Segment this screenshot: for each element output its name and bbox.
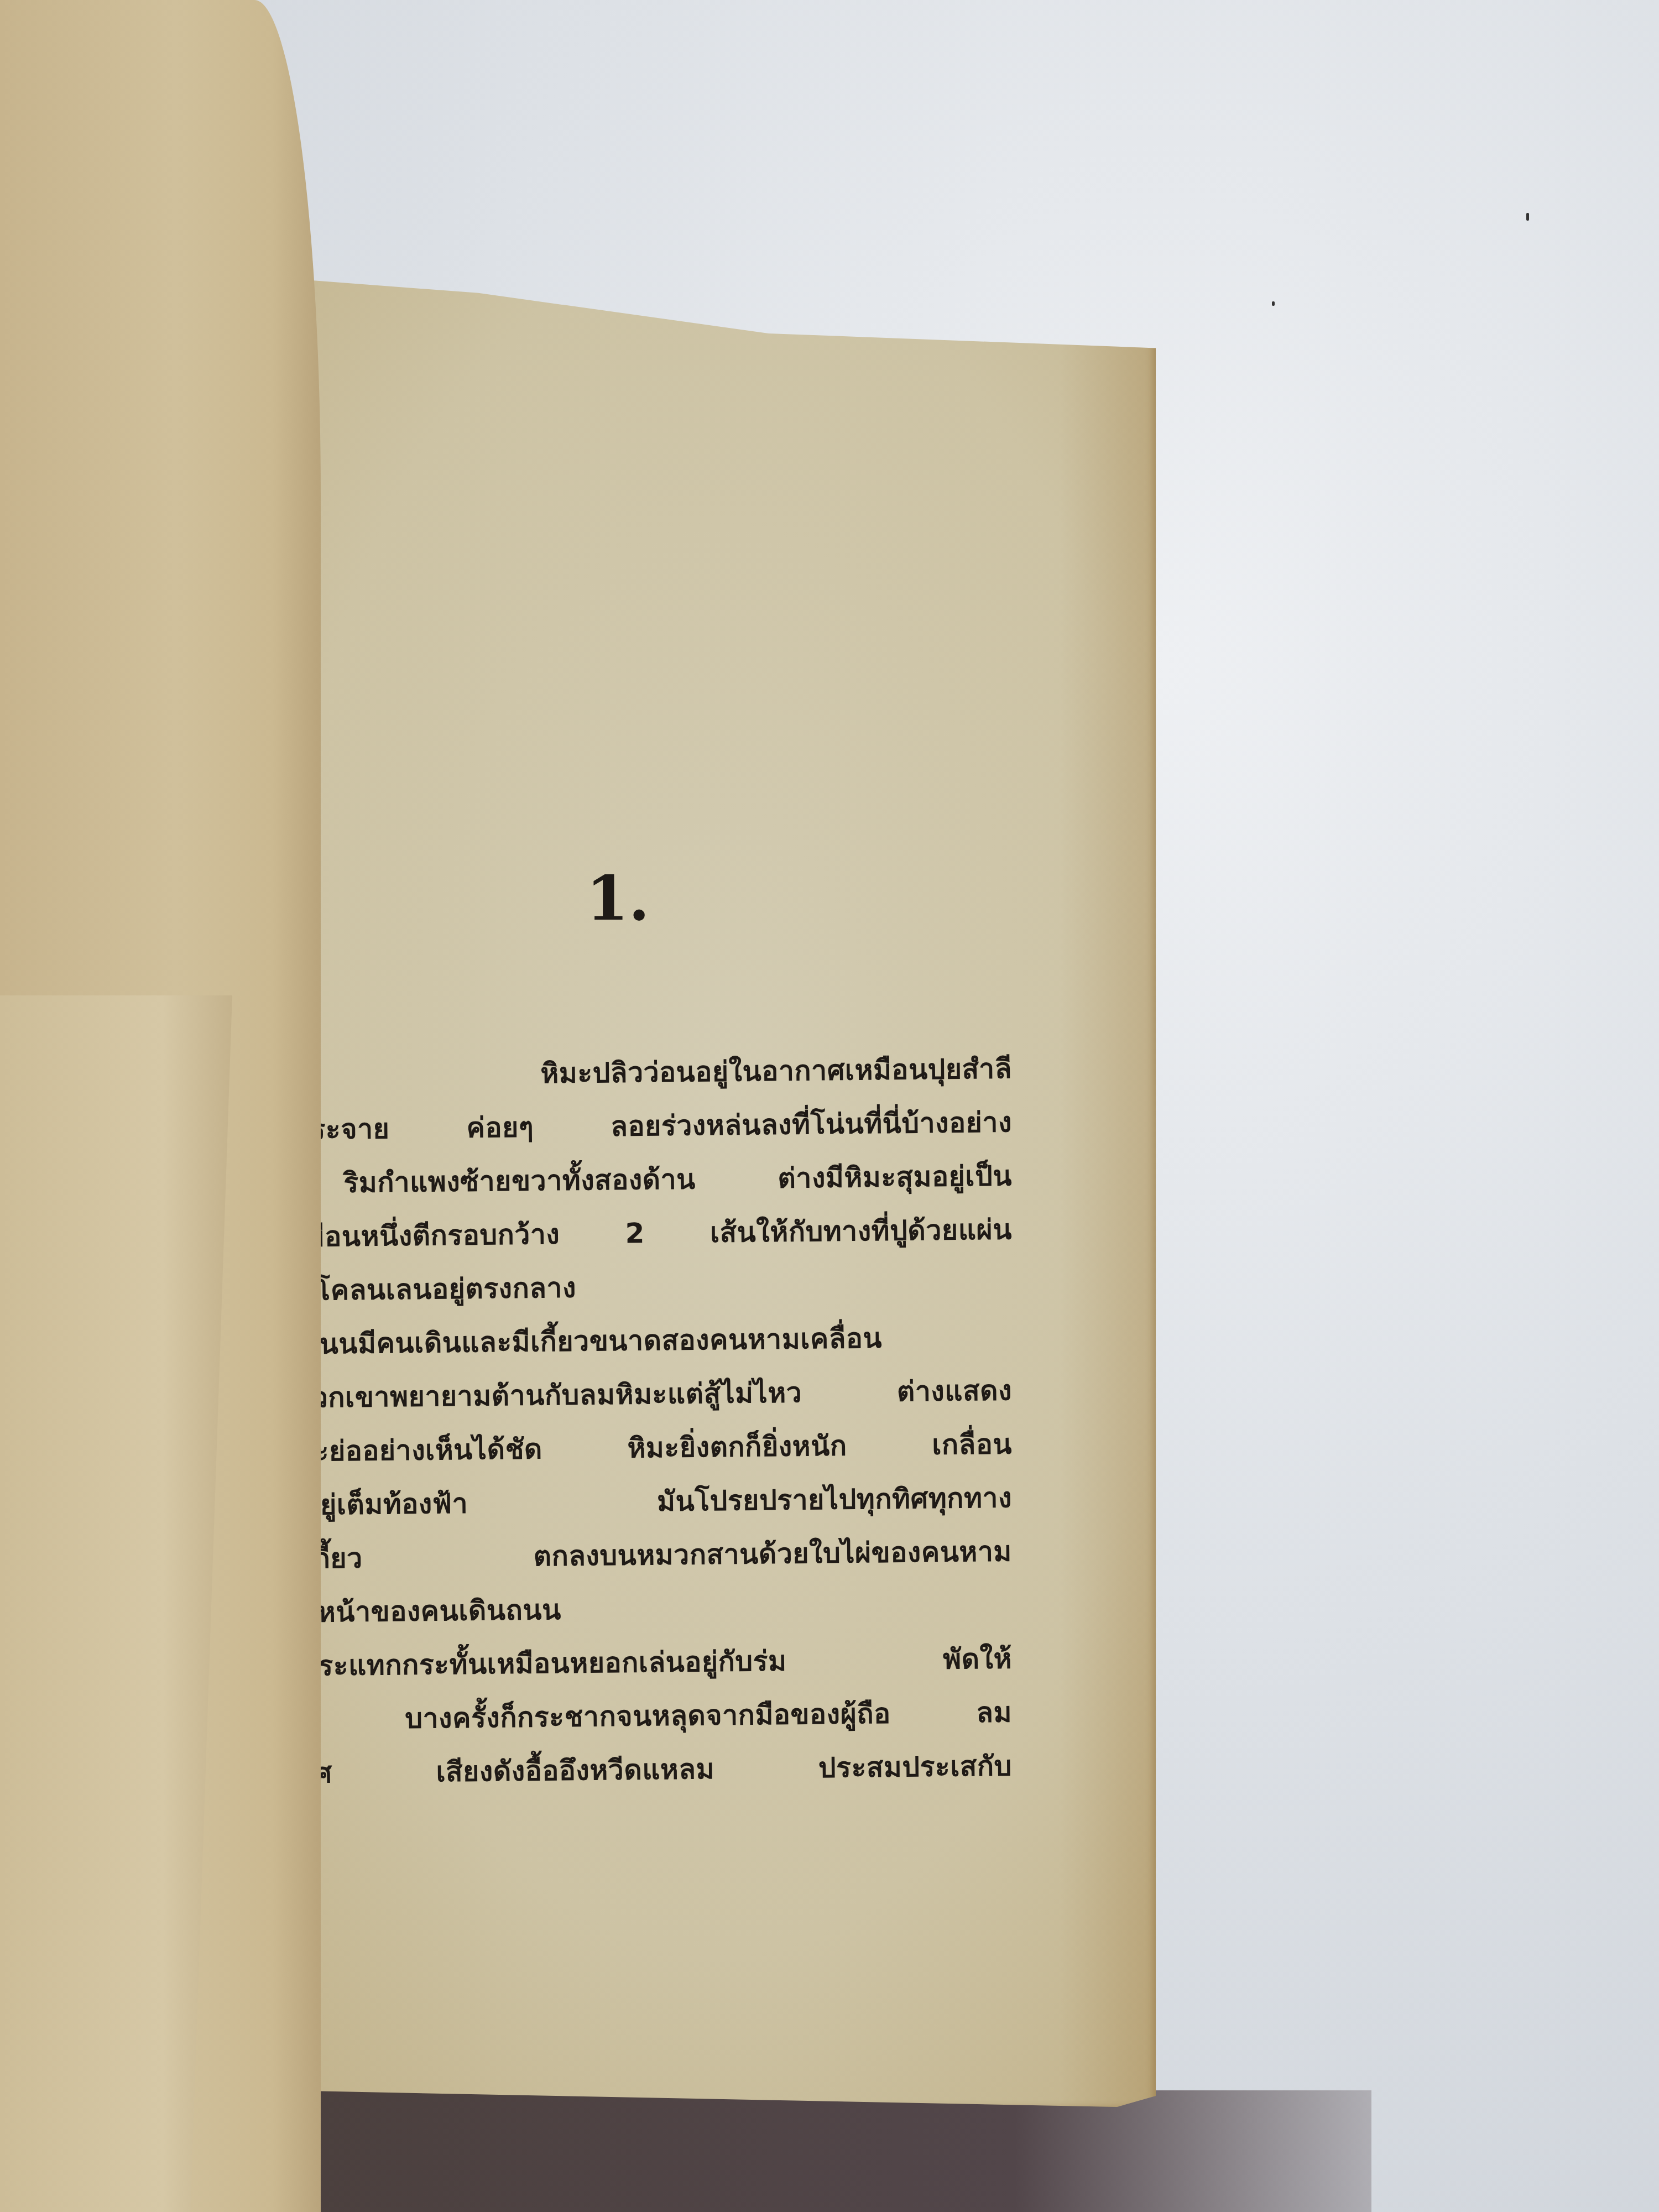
dust-speck [1526,213,1529,221]
dust-speck [1272,301,1275,306]
book-shadow [182,2090,1371,2212]
chapter-number: 1. [586,863,650,934]
